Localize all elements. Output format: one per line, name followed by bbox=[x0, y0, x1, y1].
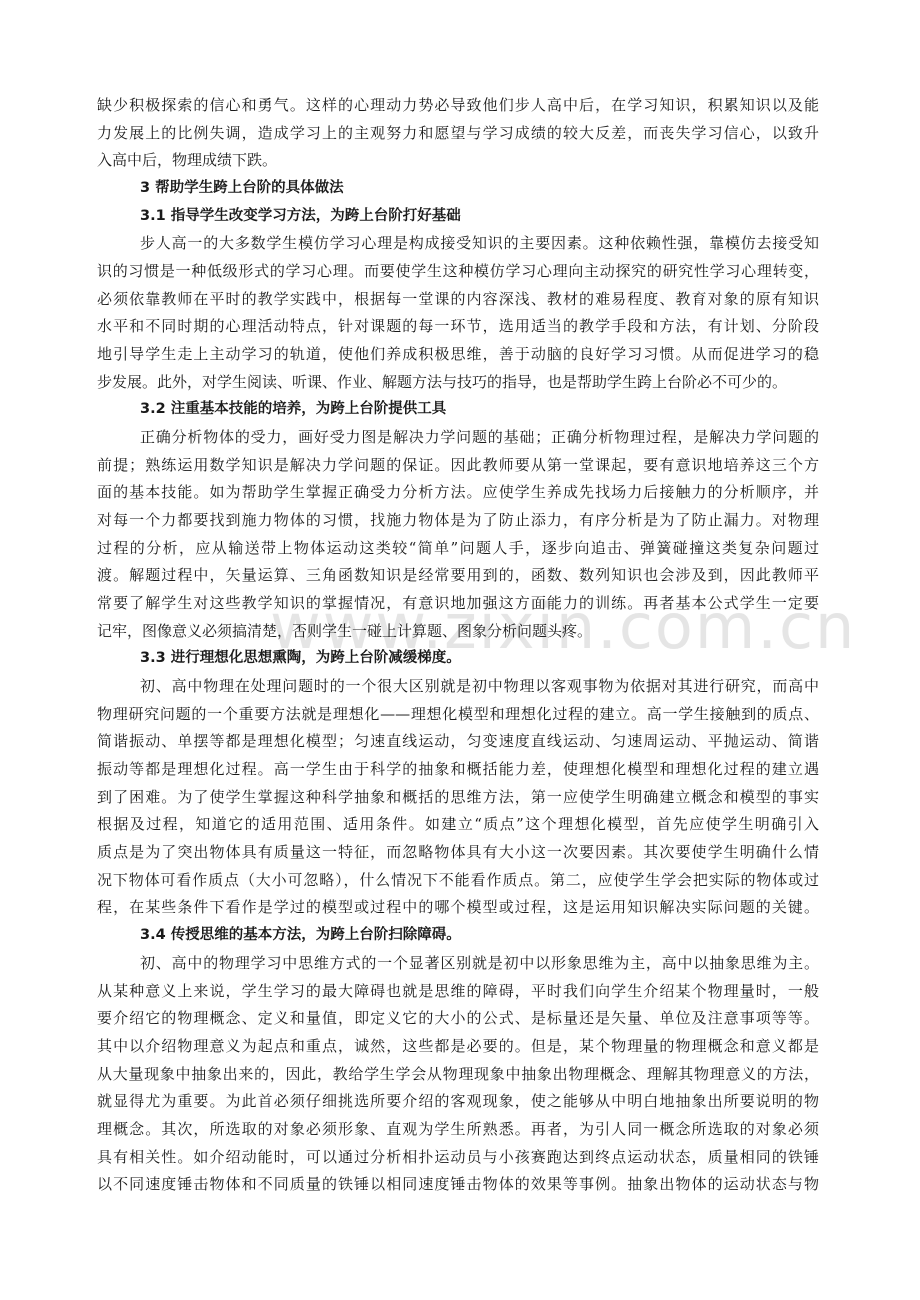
text-line: 正确分析物体的受力，画好受力图是解决力学问题的基础；正确分析物理过程，是解决力学… bbox=[97, 424, 819, 452]
section-heading-3-2: 3.2 注重基本技能的培养，为跨上台阶提供工具 bbox=[97, 396, 819, 424]
text-line: 从大量现象中抽象出来的，因此，教给学生学会从物理现象中抽象出物理概念、理解其物理… bbox=[97, 1061, 819, 1089]
paragraph-3-2: 正确分析物体的受力，画好受力图是解决力学问题的基础；正确分析物理过程，是解决力学… bbox=[97, 424, 819, 645]
text-line: 记牢，图像意义必须搞清楚，否则学生一碰上计算题、图象分析问题头疼。 bbox=[97, 618, 819, 646]
text-line: 程，在某些条件下看作是学过的模型或过程中的哪个模型或过程，这是运用知识解决实际问… bbox=[97, 894, 819, 922]
text-line: 渡。解题过程中，矢量运算、三角函数知识是经常要用到的，函数、数列知识也会涉及到，… bbox=[97, 562, 819, 590]
text-line: 况下物体可看作质点（大小可忽略），什么情况下不能看作质点。第二，应使学生学会把实… bbox=[97, 867, 819, 895]
text-line: 理概念。其次，所选取的对象必须形象、直观为学生所熟悉。再者，为引人同一概念所选取… bbox=[97, 1116, 819, 1144]
text-line: 地引导学生走上主动学习的轨道，使他们养成积极思维，善于动脑的良好学习习惯。从而促… bbox=[97, 341, 819, 369]
text-line: 对每一个力都要找到施力物体的习惯，找施力物体是为了防止添力，有序分析是为了防止漏… bbox=[97, 507, 819, 535]
paragraph-3-1: 步人高一的大多数学生模仿学习心理是构成接受知识的主要因素。这种依赖性强，靠模仿去… bbox=[97, 230, 819, 396]
text-line: 常要了解学生对这些教学知识的掌握情况，有意识地加强这方面能力的训练。再者基本公式… bbox=[97, 590, 819, 618]
text-line: 力发展上的比例失调，造成学习上的主观努力和愿望与学习成绩的较大反差，而丧失学习信… bbox=[97, 120, 819, 148]
text-line: 初、高中的物理学习中思维方式的一个显著区别就是初中以形象思维为主，高中以抽象思维… bbox=[97, 950, 819, 978]
text-line: 步人高一的大多数学生模仿学习心理是构成接受知识的主要因素。这种依赖性强，靠模仿去… bbox=[97, 230, 819, 258]
section-heading-3: 3 帮助学生跨上台阶的具体做法 bbox=[97, 175, 819, 203]
text-line: 具有相关性。如介绍动能时，可以通过分析相扑运动员与小孩赛跑达到终点运动状态，质量… bbox=[97, 1144, 819, 1172]
text-line: 其中以介绍物理意义为起点和重点，诚然，这些都是必要的。但是，某个物理量的物理概念… bbox=[97, 1033, 819, 1061]
text-line: 根据及过程，知道它的适用范围、适用条件。如建立“质点”这个理想化模型，首先应使学… bbox=[97, 811, 819, 839]
text-line: 质点是为了突出物体具有质量这一特征，而忽略物体具有大小这一次要因素。其次要使学生… bbox=[97, 839, 819, 867]
paragraph-3-4: 初、高中的物理学习中思维方式的一个显著区别就是初中以形象思维为主，高中以抽象思维… bbox=[97, 950, 819, 1199]
text-line: 物理研究问题的一个重要方法就是理想化——理想化模型和理想化过程的建立。高一学生接… bbox=[97, 701, 819, 729]
section-heading-3-3: 3.3 进行理想化思想熏陶，为跨上台阶减缓梯度。 bbox=[97, 645, 819, 673]
section-heading-3-4: 3.4 传授思维的基本方法，为跨上台阶扫除障碍。 bbox=[97, 922, 819, 950]
text-line: 缺少积极探索的信心和勇气。这样的心理动力势必导致他们步人高中后，在学习知识，积累… bbox=[97, 92, 819, 120]
text-line: 就显得尤为重要。为此首必须仔细挑选所要介绍的客观现象，使之能够从中明白地抽象出所… bbox=[97, 1088, 819, 1116]
text-line: 初、高中物理在处理问题时的一个很大区别就是初中物理以客观事物为依据对其进行研究，… bbox=[97, 673, 819, 701]
text-line: 过程的分析，应从输送带上物体运动这类较“简单”问题人手，逐步向追击、弹簧碰撞这类… bbox=[97, 535, 819, 563]
paragraph-3-3: 初、高中物理在处理问题时的一个很大区别就是初中物理以客观事物为依据对其进行研究，… bbox=[97, 673, 819, 922]
text-line: 水平和不同时期的心理活动特点，针对课题的每一环节，选用适当的教学手段和方法，有计… bbox=[97, 313, 819, 341]
text-line: 必须依靠教师在平时的教学实践中，根据每一堂课的内容深浅、教材的难易程度、教育对象… bbox=[97, 286, 819, 314]
text-line: 以不同速度锤击物体和不同质量的铁锤以相同速度锤击物体的效果等事例。抽象出物体的运… bbox=[97, 1171, 819, 1199]
text-line: 前提；熟练运用数学知识是解决力学问题的保证。因此教师要从第一堂课起，要有意识地培… bbox=[97, 452, 819, 480]
text-line: 面的基本技能。如为帮助学生掌握正确受力分析方法。应使学生养成先找场力后接触力的分… bbox=[97, 479, 819, 507]
text-line: 振动等都是理想化过程。高一学生由于科学的抽象和概括能力差，使理想化模型和理想化过… bbox=[97, 756, 819, 784]
text-line: 入高中后，物理成绩下跌。 bbox=[97, 147, 819, 175]
text-line: 要介绍它的物理概念、定义和量值，即定义它的大小的公式、是标量还是矢量、单位及注意… bbox=[97, 1005, 819, 1033]
text-line: 识的习惯是一种低级形式的学习心理。而要使学生这种模仿学习心理向主动探究的研究性学… bbox=[97, 258, 819, 286]
text-line: 简谐振动、单摆等都是理想化模型；匀速直线运动，匀变速度直线运动、匀速周运动、平抛… bbox=[97, 728, 819, 756]
text-line: 从某种意义上来说，学生学习的最大障碍也就是思维的障碍，平时我们向学生介绍某个物理… bbox=[97, 978, 819, 1006]
section-heading-3-1: 3.1 指导学生改变学习方法，为跨上台阶打好基础 bbox=[97, 203, 819, 231]
paragraph-intro: 缺少积极探索的信心和勇气。这样的心理动力势必导致他们步人高中后，在学习知识，积累… bbox=[97, 92, 819, 175]
text-line: 到了困难。为了使学生掌握这种科学抽象和概括的思维方法，第一应使学生明确建立概念和… bbox=[97, 784, 819, 812]
document-page: 缺少积极探索的信心和勇气。这样的心理动力势必导致他们步人高中后，在学习知识，积累… bbox=[97, 92, 819, 1199]
text-line: 步发展。此外，对学生阅读、听课、作业、解题方法与技巧的指导，也是帮助学生跨上台阶… bbox=[97, 369, 819, 397]
